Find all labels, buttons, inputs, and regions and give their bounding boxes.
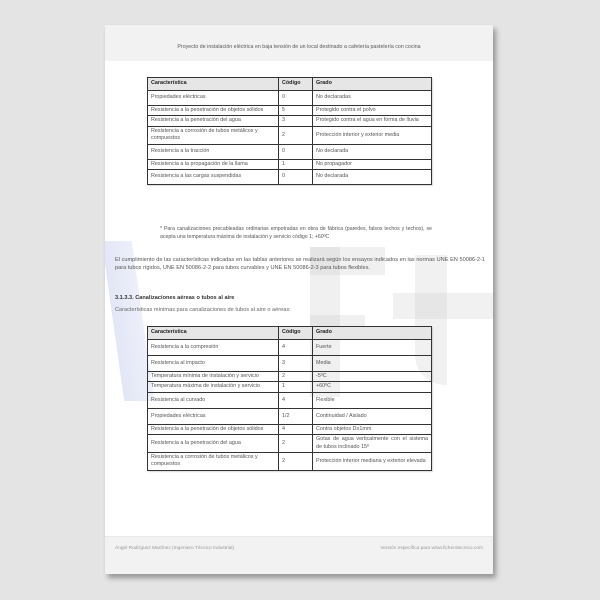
header-grado: Grado [313,327,432,340]
cell-grade: Flexible [313,392,432,408]
cell-characteristic: Resistencia a las cargas suspendidas [148,170,279,185]
cell-characteristic: Resistencia a corrosión de tubos metálic… [148,126,279,144]
cell-grade: No propagador [313,159,432,169]
cell-grade: Protección interior mediana y exterior e… [313,453,432,471]
cell-grade: No declaradas [313,91,432,106]
table-header-row: Característica Código Grado [148,78,432,91]
cell-code: 3 [279,356,313,372]
header-caracteristica: Característica [148,78,279,91]
cell-characteristic: Resistencia a la compresión [148,340,279,356]
cell-code: 3 [279,116,313,126]
cell-code: 1 [279,382,313,392]
table-row: Resistencia a la propagación de la llama… [148,159,432,169]
table-row: Propiedades eléctricas 1/2 Continuidad /… [148,408,432,424]
cell-characteristic: Propiedades eléctricas [148,91,279,106]
cell-characteristic: Resistencia al impacto [148,356,279,372]
cell-characteristic: Resistencia a la penetración de objetos … [148,106,279,116]
cell-characteristic: Propiedades eléctricas [148,408,279,424]
cell-grade: Continuidad / Aislado [313,408,432,424]
cell-grade: +60ºC [313,382,432,392]
cell-grade: Contra objetos D≥1mm [313,424,432,434]
cell-characteristic: Resistencia a la propagación de la llama [148,159,279,169]
header-codigo: Código [279,78,313,91]
cell-grade: Protegido contra el polvo [313,106,432,116]
cell-grade: -5ºC [313,372,432,382]
table-row: Resistencia a la penetración del agua 2 … [148,435,432,453]
body-paragraph: El cumplimiento de las características i… [115,256,485,272]
cell-code: 0 [279,144,313,159]
header-grado: Grado [313,78,432,91]
table-row: Resistencia a la penetración del agua 3 … [148,116,432,126]
cell-code: 2 [279,453,313,471]
table-row: Resistencia a corrosión de tubos metálic… [148,126,432,144]
table-row: Temperatura máxima de instalación y serv… [148,382,432,392]
table-row: Resistencia al curvado 4 Flexible [148,392,432,408]
characteristics-table-1: Característica Código Grado Propiedades … [147,77,432,185]
cell-characteristic: Resistencia a la penetración del agua [148,116,279,126]
cell-code: 4 [279,424,313,434]
section-heading: 3.1.3.3. Canalizaciones aéreas o tubos a… [115,295,234,301]
cell-characteristic: Resistencia al curvado [148,392,279,408]
table-footnote: * Para canalizaciones precableadas ordin… [160,226,432,241]
cell-code: 4 [279,340,313,356]
header-codigo: Código [279,327,313,340]
cell-code: 2 [279,435,313,453]
cell-characteristic: Resistencia a la penetración del agua [148,435,279,453]
cell-characteristic: Temperatura mínima de instalación y serv… [148,372,279,382]
cell-code: 4 [279,392,313,408]
cell-code: 0 [279,170,313,185]
table-row: Resistencia a la penetración de objetos … [148,424,432,434]
footer-author: Ángel Rodríguez Martínez (Ingeniero Técn… [115,546,234,551]
cell-grade: Fuerte [313,340,432,356]
cell-characteristic: Temperatura máxima de instalación y serv… [148,382,279,392]
table-row: Resistencia a corrosión de tubos metálic… [148,453,432,471]
table-row: Temperatura mínima de instalación y serv… [148,372,432,382]
table-row: Propiedades eléctricas 0 No declaradas [148,91,432,106]
cell-grade: Protección interior y exterior media [313,126,432,144]
cell-code: 2 [279,126,313,144]
footer-version: Versión específica para www.ficherotecni… [380,546,483,551]
cell-code: 1 [279,159,313,169]
cell-grade: No declarada [313,144,432,159]
table-row: Resistencia a la compresión 4 Fuerte [148,340,432,356]
section-intro: Características mínimas para canalizacio… [115,307,291,313]
cell-code: 2 [279,372,313,382]
cell-grade: No declarada [313,170,432,185]
cell-code: 5 [279,106,313,116]
characteristics-table-2: Característica Código Grado Resistencia … [147,326,432,471]
table-row: Resistencia al impacto 3 Media [148,356,432,372]
cell-grade: Protegido contra el agua en forma de llu… [313,116,432,126]
cell-grade: Gotas de agua verticalmente con el siste… [313,435,432,453]
cell-code: 0 [279,91,313,106]
cell-characteristic: Resistencia a la penetración de objetos … [148,424,279,434]
page-footer: Ángel Rodríguez Martínez (Ingeniero Técn… [105,536,493,574]
table-row: Resistencia a las cargas suspendidas 0 N… [148,170,432,185]
table-row: Resistencia a la penetración de objetos … [148,106,432,116]
cell-grade: Media [313,356,432,372]
header-caracteristica: Característica [148,327,279,340]
document-page: Proyecto de instalación eléctrica en baj… [105,25,493,574]
cell-characteristic: Resistencia a la tracción [148,144,279,159]
table-header-row: Característica Código Grado [148,327,432,340]
table-row: Resistencia a la tracción 0 No declarada [148,144,432,159]
cell-code: 1/2 [279,408,313,424]
cell-characteristic: Resistencia a corrosión de tubos metálic… [148,453,279,471]
